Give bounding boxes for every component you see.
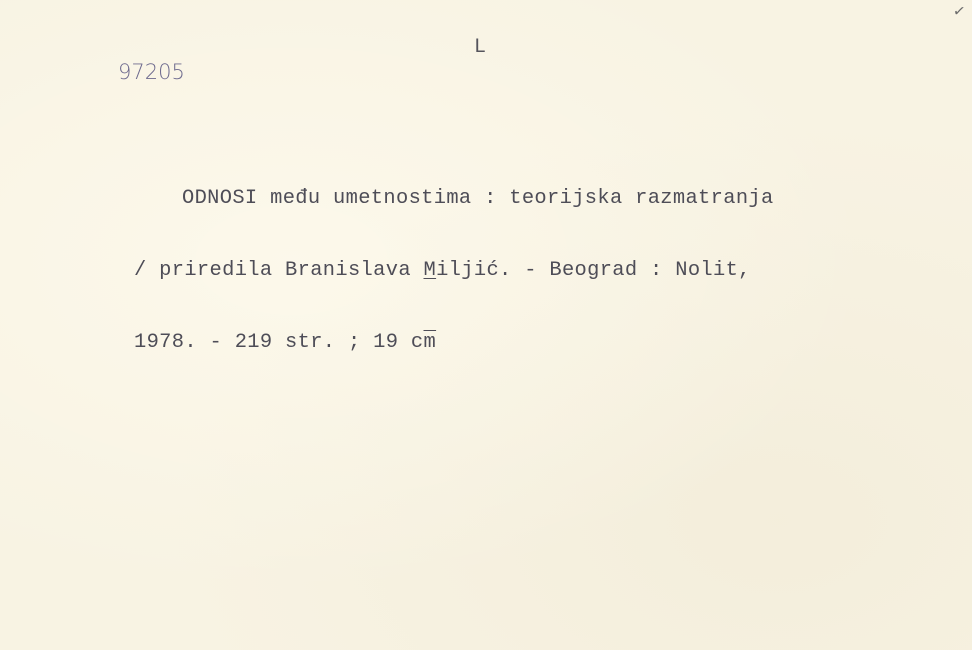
title-rest: među umetnostima : teorijska razmatranja (258, 187, 774, 210)
bibliographic-entry: ODNOSI među umetnostima : teorijska razm… (134, 139, 774, 403)
entry-line-1: ODNOSI među umetnostima : teorijska razm… (134, 187, 774, 211)
entry-line-3: 1978. - 219 str. ; 19 cm (134, 331, 774, 355)
statement-of-responsibility: / priredila Branislava (134, 259, 424, 282)
entry-line-2: / priredila Branislava Miljić. - Beograd… (134, 259, 774, 283)
physical-description: 1978. - 219 str. ; 19 c (134, 331, 424, 354)
unit-last-letter: m (424, 331, 437, 354)
editor-surname-initial: M (424, 259, 437, 282)
class-mark: L (474, 36, 486, 59)
check-mark-icon: ✓ (952, 1, 967, 21)
editor-surname-rest: iljić. - Beograd : Nolit, (436, 259, 751, 282)
title-main: ODNOSI (182, 187, 258, 210)
catalog-card: ✓ L 97205 ODNOSI među umetnostima : teor… (0, 0, 972, 650)
accession-number: 97205 (118, 60, 185, 84)
